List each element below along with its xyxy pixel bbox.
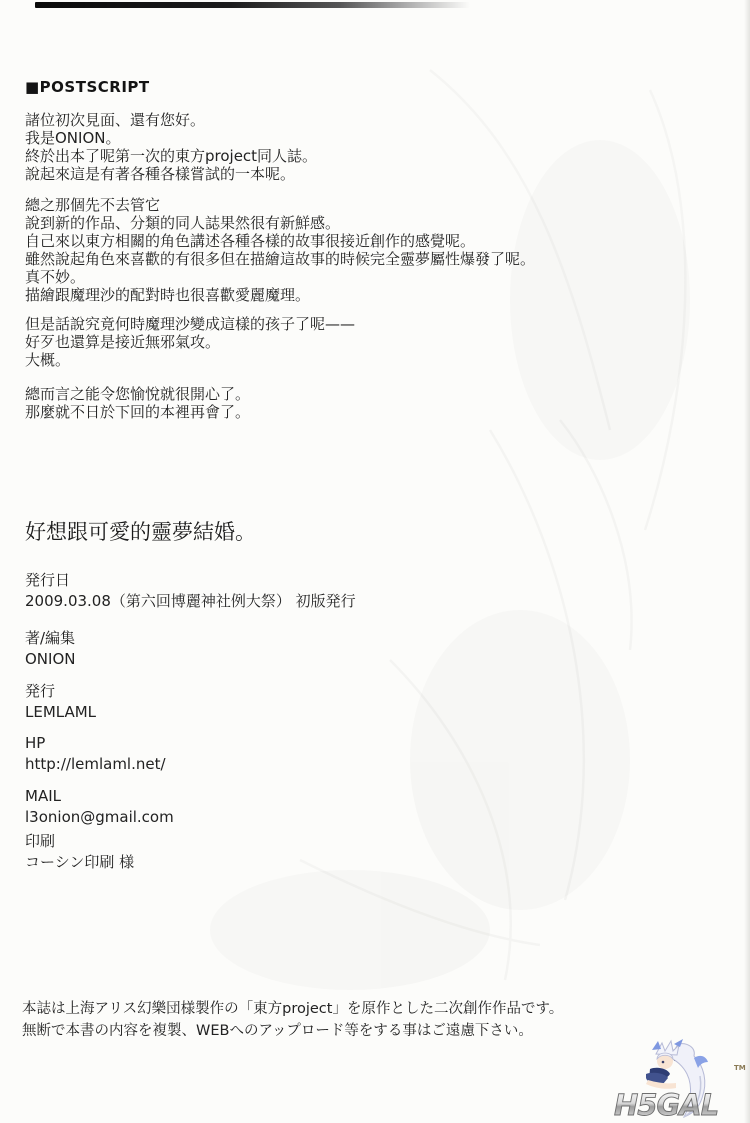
text-line: 諸位初次見面、還有您好。	[25, 111, 317, 129]
text-line: 本誌は上海アリス幻樂団様製作の「東方project」を原作とした二次創作作品です…	[22, 998, 563, 1020]
colophon-label: 発行日	[25, 570, 356, 591]
colophon-entry-mail: MAIL l3onion@gmail.com	[25, 786, 174, 828]
colophon-value-url: http://lemlaml.net/	[25, 754, 166, 775]
logo-text: H5GAL	[614, 1088, 718, 1122]
postscript-heading: ■POSTSCRIPT	[25, 78, 150, 96]
colophon-value-email: l3onion@gmail.com	[25, 807, 174, 828]
colophon-label: 発行	[25, 681, 96, 702]
colophon-entry-homepage: HP http://lemlaml.net/	[25, 733, 166, 775]
text-line: 好歹也還算是接近無邪氣攻。	[25, 333, 355, 351]
colophon-entry-author: 著/編集 ONION	[25, 628, 75, 670]
colophon-label: 印刷	[25, 831, 134, 852]
statement-line: 好想跟可愛的靈夢結婚。	[25, 519, 256, 545]
text-line: 那麼就不日於下回的本裡再會了。	[25, 403, 250, 421]
afterword-paragraph-3: 但是話說究竟何時魔理沙變成這樣的孩子了呢—— 好歹也還算是接近無邪氣攻。 大概。	[25, 315, 355, 369]
colophon-value: ONION	[25, 649, 75, 670]
text-line: 雖然說起角色來喜歡的有很多但在描繪這故事的時候完全靈夢屬性爆發了呢。	[25, 250, 535, 268]
colophon-value: コーシン印刷 様	[25, 852, 134, 873]
colophon-entry-publisher: 発行 LEMLAML	[25, 681, 96, 723]
scanned-doujin-page: ■POSTSCRIPT 諸位初次見面、還有您好。 我是ONION。 終於出本了呢…	[0, 0, 750, 1123]
text-line: 描繪跟魔理沙的配對時也很喜歡愛麗魔理。	[25, 286, 535, 304]
text-line: 終於出本了呢第一次的東方project同人誌。	[25, 147, 317, 165]
text-line: 總之那個先不去管它	[25, 196, 535, 214]
colophon-entry-release-date: 発行日 2009.03.08（第六回博麗神社例大祭） 初版発行	[25, 570, 356, 612]
text-line: 說到新的作品、分類的同人誌果然很有新鮮感。	[25, 214, 535, 232]
copyright-disclaimer: 本誌は上海アリス幻樂団様製作の「東方project」を原作とした二次創作作品です…	[22, 998, 563, 1042]
afterword-paragraph-4: 總而言之能令您愉悅就很開心了。 那麼就不日於下回的本裡再會了。	[25, 385, 250, 421]
scan-top-bar	[35, 2, 470, 8]
text-line: 但是話說究竟何時魔理沙變成這樣的孩子了呢——	[25, 315, 355, 333]
afterword-paragraph-2: 總之那個先不去管它 說到新的作品、分類的同人誌果然很有新鮮感。 自己來以東方相關…	[25, 196, 535, 304]
colophon-entry-printer: 印刷 コーシン印刷 様	[25, 831, 134, 873]
text-line: 說起來這是有著各種各樣嘗試的一本呢。	[25, 165, 317, 183]
colophon-label: 著/編集	[25, 628, 75, 649]
text-line: 大概。	[25, 351, 355, 369]
text-line: 真不妙。	[25, 268, 535, 286]
h5gal-logo: H5GAL TM	[608, 1038, 750, 1122]
colophon-value: 2009.03.08（第六回博麗神社例大祭） 初版発行	[25, 591, 356, 612]
scan-edge-shading	[744, 0, 750, 1123]
colophon-label: MAIL	[25, 786, 174, 807]
text-line: 無断で本書の内容を複製、WEBへのアップロード等をする事はご遠慮下さい。	[22, 1020, 563, 1042]
colophon-value: LEMLAML	[25, 702, 96, 723]
text-line: 總而言之能令您愉悅就很開心了。	[25, 385, 250, 403]
afterword-paragraph-1: 諸位初次見面、還有您好。 我是ONION。 終於出本了呢第一次的東方projec…	[25, 111, 317, 183]
text-line: 自己來以東方相關的角色講述各種各樣的故事很接近創作的感覺呢。	[25, 232, 535, 250]
text-line: 我是ONION。	[25, 129, 317, 147]
colophon-label: HP	[25, 733, 166, 754]
